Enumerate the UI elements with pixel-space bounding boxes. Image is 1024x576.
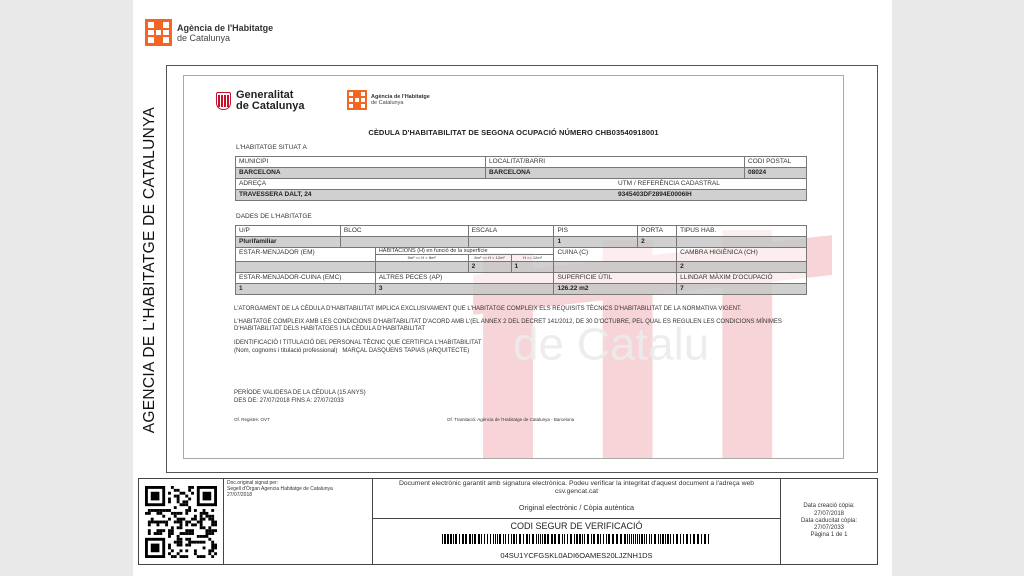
- barcode-icon: [442, 534, 712, 544]
- csv-label: CODI SEGUR DE VERIFICACIÓ: [373, 521, 780, 531]
- technician-label: IDENTIFICACIÓ I TITULACIÓ DEL PERSONAL T…: [234, 340, 794, 347]
- certificate-body: de Catalu Generalitat de Catalunya: [183, 75, 844, 459]
- processing-office: Of. Tramitació: Agència de l'Habitatge d…: [447, 417, 747, 424]
- bathroom-value: 2: [677, 262, 807, 273]
- document-page: Agència de l'Habitatge de Catalunya AGEN…: [133, 0, 892, 576]
- signer-info: Doc.original signat per: Segell d'Òrgan …: [224, 479, 373, 564]
- csv-verification: Document electrònic garantit amb signatu…: [373, 479, 781, 564]
- surface-value: 126.22 m2: [554, 284, 677, 295]
- validity-label: PERÍODE VALIDESA DE LA CÈDULA (15 ANYS): [234, 390, 794, 397]
- certificate-title: CÈDULA D'HABITABILITAT DE SEGONA OCUPACI…: [184, 128, 843, 137]
- agency-logo: Agència de l'Habitatge de Catalunya: [145, 19, 273, 46]
- agency-squares-icon: [347, 90, 367, 110]
- csv-code: 04SU1YCFGSKL0ADI6OAMES20LJZNH1DS: [373, 551, 780, 560]
- floor-value: 1: [554, 237, 638, 248]
- verification-footer: Doc.original signat per: Segell d'Òrgan …: [138, 478, 878, 565]
- csv-notice: Document electrònic garantit amb signatu…: [377, 480, 776, 496]
- door-value: 2: [638, 237, 677, 248]
- copy-type: Original electrònic / Còpia autèntica: [377, 504, 776, 512]
- qr-code[interactable]: [139, 479, 224, 564]
- location-table: MUNICIPI LOCALITAT/BARRI CODI POSTAL BAR…: [235, 156, 807, 201]
- qr-code-icon: [145, 486, 217, 558]
- address-value: TRAVESSERA DALT, 24: [236, 190, 616, 201]
- agency-squares-icon: [145, 19, 172, 46]
- technician-name: MARÇAL DASQUENS TAPIAS (ARQUITECTE): [342, 348, 469, 354]
- postal-code-value: 08024: [745, 168, 807, 179]
- legal-paragraph-1: L'ATORGAMENT DE LA CÈDULA D'HABITABILITA…: [234, 306, 794, 313]
- cadastral-value: 9345403DF2894E0006IH: [615, 190, 806, 201]
- localitat-value: BARCELONA: [486, 168, 745, 179]
- location-section-label: L'HABITATGE SITUAT A: [236, 144, 307, 151]
- validity-dates: DES DE: 27/07/2018 FINS A: 27/07/2033: [234, 398, 794, 405]
- doc-agency-logo: Agència de l'Habitatge de Catalunya: [347, 90, 430, 110]
- up-value: Plurifamiliar: [236, 237, 341, 248]
- vertical-title: AGENCIA DE L'HABITATGE DE CATALUNYA: [133, 80, 167, 460]
- generalitat-emblem-icon: [216, 92, 231, 110]
- dwelling-table: U/P BLOC ESCALA PIS PORTA TIPUS HAB. Plu…: [235, 225, 807, 295]
- expiry-date: 27/07/2033: [781, 525, 877, 532]
- agency-name: Agència de l'Habitatge: [177, 23, 273, 33]
- generalitat-line2: de Catalunya: [236, 101, 304, 112]
- emc-value: 1: [236, 284, 376, 295]
- page-count: Pàgina 1 de 1: [781, 532, 877, 539]
- dwelling-section-label: DADES DE L'HABITATGE: [236, 213, 312, 220]
- certificate-frame: de Catalu Generalitat de Catalunya: [166, 65, 878, 473]
- legal-paragraph-2: L'HABITATGE COMPLEIX AMB LES CONDICIONS …: [234, 319, 794, 332]
- copy-dates: Data creació còpia: 27/07/2018 Data cadu…: [781, 479, 877, 564]
- municipi-value: BARCELONA: [236, 168, 486, 179]
- max-occupancy-value: 7: [677, 284, 807, 295]
- creation-date: 27/07/2018: [781, 511, 877, 518]
- agency-region: de Catalunya: [177, 33, 273, 43]
- rooms-8-12-value: 2: [468, 262, 511, 273]
- generalitat-logo: Generalitat de Catalunya: [216, 90, 304, 112]
- other-rooms-value: 3: [375, 284, 554, 295]
- technician-line: (Nom, cognoms i titulació professional) …: [234, 348, 794, 355]
- rooms-12plus-value: 1: [511, 262, 554, 273]
